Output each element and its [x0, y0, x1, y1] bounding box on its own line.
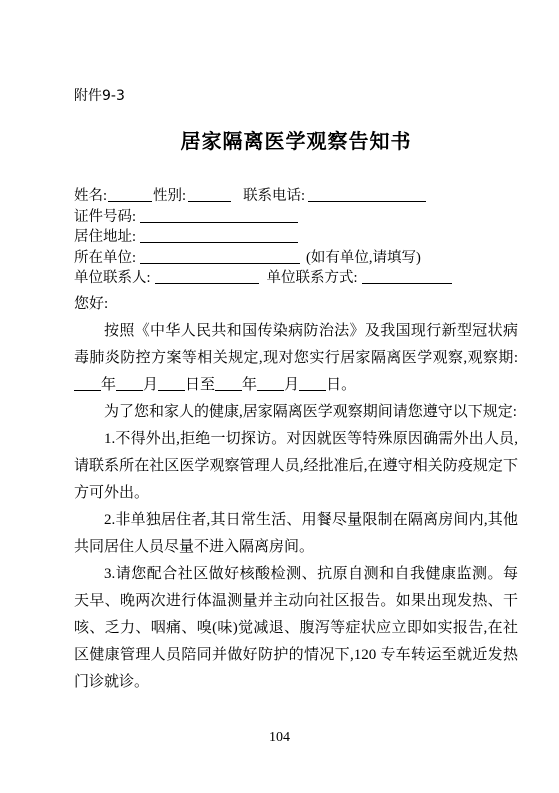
intro-text: 按照《中华人民共和国传染病防治法》及我国现行新型冠状病毒肺炎防控方案等相关规定,… — [74, 323, 518, 366]
page-number: 104 — [0, 730, 559, 746]
phone-label: 联系电话: — [243, 188, 305, 204]
employer-blank-field — [140, 251, 300, 264]
employer-note: (如有单位,请填写) — [306, 250, 421, 266]
period-end-month-blank — [257, 378, 284, 391]
name-blank-field — [108, 189, 152, 202]
attachment-label: 附件9-3 — [74, 88, 518, 105]
period-end-year-blank — [215, 378, 242, 391]
period-start-month-blank — [116, 378, 143, 391]
period-start-day-blank — [158, 378, 185, 391]
form-line-identity: 姓名:性别:联系电话: — [74, 186, 518, 207]
rule-item-1: 1.不得外出,拒绝一切探访。对因就医等特殊原因确需外出人员,请联系所在社区医学观… — [74, 426, 518, 507]
form-line-address: 居住地址: — [74, 227, 518, 248]
employer-contact-method-blank-field — [362, 271, 452, 284]
gender-label: 性别: — [153, 188, 186, 204]
address-label: 居住地址: — [74, 229, 136, 245]
id-number-blank-field — [140, 210, 298, 223]
rule-item-2: 2.非单独居住者,其日常生活、用餐尽量限制在隔离房间内,其他共同居住人员尽量不进… — [74, 507, 518, 561]
unit-month-end: 月 — [284, 377, 299, 393]
rule-item-3: 3.请您配合社区做好核酸检测、抗原自测和自我健康监测。每天早、晚两次进行体温测量… — [74, 561, 518, 696]
personal-info-form: 姓名:性别:联系电话: 证件号码: 居住地址: 所在单位:(如有单位,请填写) … — [74, 186, 518, 289]
unit-day-start: 日至 — [185, 377, 215, 393]
notice-body: 您好: 按照《中华人民共和国传染病防治法》及我国现行新型冠状病毒肺炎防控方案等相… — [74, 291, 518, 696]
paragraph-rules-intro: 为了您和家人的健康,居家隔离医学观察期间请您遵守以下规定: — [74, 399, 518, 426]
address-blank-field — [140, 230, 298, 243]
document-content: 附件9-3 居家隔离医学观察告知书 姓名:性别:联系电话: 证件号码: 居住地址… — [74, 0, 518, 696]
employer-contact-blank-field — [155, 271, 259, 284]
period-end-day-blank — [299, 378, 326, 391]
unit-month-start: 月 — [143, 377, 158, 393]
form-line-id-number: 证件号码: — [74, 207, 518, 228]
employer-contact-method-label: 单位联系方式: — [267, 270, 358, 286]
employer-contact-label: 单位联系人: — [74, 270, 151, 286]
form-line-employer-contact: 单位联系人:单位联系方式: — [74, 268, 518, 289]
unit-day-end: 日。 — [326, 377, 356, 393]
phone-blank-field — [308, 189, 426, 202]
gender-blank-field — [188, 189, 231, 202]
unit-year-start: 年 — [101, 377, 116, 393]
paragraph-intro: 按照《中华人民共和国传染病防治法》及我国现行新型冠状病毒肺炎防控方案等相关规定,… — [74, 318, 518, 399]
period-start-year-blank — [74, 378, 101, 391]
form-line-employer: 所在单位:(如有单位,请填写) — [74, 248, 518, 269]
greeting: 您好: — [74, 291, 518, 318]
employer-label: 所在单位: — [74, 250, 136, 266]
name-label: 姓名: — [74, 188, 107, 204]
page-title: 居家隔离医学观察告知书 — [74, 127, 518, 155]
unit-year-end: 年 — [242, 377, 257, 393]
document-page: 附件9-3 居家隔离医学观察告知书 姓名:性别:联系电话: 证件号码: 居住地址… — [0, 0, 559, 793]
id-number-label: 证件号码: — [74, 209, 136, 225]
